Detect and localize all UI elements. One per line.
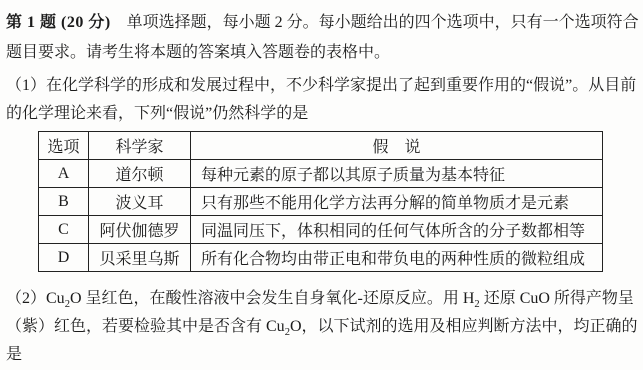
hypothesis-text: 所有化合物均由带正电和带负电的两种性质的微粒组成	[191, 244, 603, 272]
sub-question-1-line1: （1）在化学科学的形成和发展过程中，不少科学家提出了起到重要作用的“假说”。从目…	[6, 72, 637, 100]
hypothesis-text: 只有那些不能用化学方法再分解的简单物质才是元素	[191, 188, 603, 216]
table-row-c: C 阿伏伽德罗 同温同压下，体积相同的任何气体所含的分子数都相等	[39, 216, 603, 244]
header-scientist: 科学家	[89, 132, 191, 160]
sub-question-2: （2）Cu2O 呈红色，在酸性溶液中会发生自身氧化-还原反应。用 H2 还原 C…	[6, 285, 637, 369]
option-letter: B	[39, 188, 89, 216]
scientist-name: 贝采里乌斯	[89, 244, 191, 272]
table-row-b: B 波义耳 只有那些不能用化学方法再分解的简单物质才是元素	[39, 188, 603, 216]
sub-question-2-line3: 是	[6, 341, 637, 369]
table-row-d: D 贝采里乌斯 所有化合物均由带正电和带负电的两种性质的微粒组成	[39, 244, 603, 272]
question-number-and-score: 第 1 题 (20 分)	[6, 14, 111, 31]
table-row-a: A 道尔顿 每种元素的原子都以其原子质量为基本特征	[39, 160, 603, 188]
sub-question-1: （1）在化学科学的形成和发展过程中，不少科学家提出了起到重要作用的“假说”。从目…	[6, 72, 637, 128]
table-header-row: 选项 科学家 假 说	[39, 132, 603, 160]
option-letter: D	[39, 244, 89, 272]
header-hypothesis: 假 说	[191, 132, 603, 160]
option-letter: A	[39, 160, 89, 188]
scientist-name: 波义耳	[89, 188, 191, 216]
scientist-name: 阿伏伽德罗	[89, 216, 191, 244]
sub-question-1-line2: 的化学理论来看，下列“假说”仍然科学的是	[6, 100, 637, 128]
exam-document-page: 第 1 题 (20 分)单项选择题，每小题 2 分。每小题给出的四个选项中，只有…	[0, 0, 643, 370]
options-table: 选项 科学家 假 说 A 道尔顿 每种元素的原子都以其原子质量为基本特征 B 波…	[38, 131, 603, 272]
question-type-instructions: 单项选择题，每小题 2 分。每小题给出的四个选项中，只有一个选项符合	[127, 14, 639, 31]
hypothesis-text: 同温同压下，体积相同的任何气体所含的分子数都相等	[191, 216, 603, 244]
sub-question-2-line1: （2）Cu2O 呈红色，在酸性溶液中会发生自身氧化-还原反应。用 H2 还原 C…	[6, 285, 637, 313]
option-letter: C	[39, 216, 89, 244]
hypothesis-text: 每种元素的原子都以其原子质量为基本特征	[191, 160, 603, 188]
sub-question-2-line2: （紫）红色，若要检验其中是否含有 Cu2O，以下试剂的选用及相应判断方法中，均正…	[6, 313, 637, 341]
scientist-name: 道尔顿	[89, 160, 191, 188]
question-heading-line2: 题目要求。请考生将本题的答案填入答题卷的表格中。	[6, 38, 637, 68]
question-heading: 第 1 题 (20 分)单项选择题，每小题 2 分。每小题给出的四个选项中，只有…	[6, 8, 637, 38]
header-option: 选项	[39, 132, 89, 160]
